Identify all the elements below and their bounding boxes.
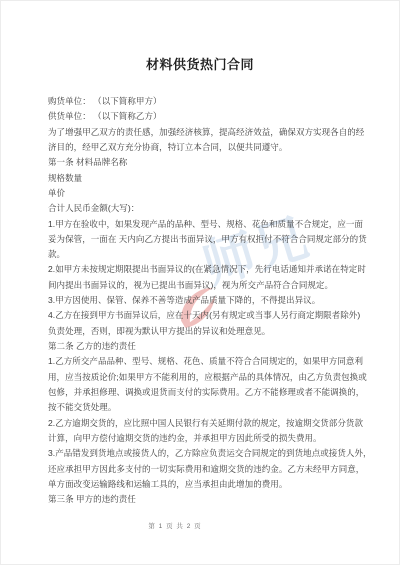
text-line: 款。 (48, 247, 370, 262)
text-line: 计算，向甲方偿付逾期交货的违约金，并承担甲方因此所受的损失费用。 (48, 431, 370, 446)
contract-page: 师兄 材料供货热门合同 购货单位： （以下简称甲方）供货单位： （以下简称乙方）… (0, 0, 400, 565)
text-line: 第三条 甲方的违约责任 (48, 492, 370, 507)
text-line: 3.产品错发到货地点或接货人的，乙方除应负责运交合同规定的到货地点或接货人外， (48, 446, 370, 461)
text-line: 购货单位： （以下简称甲方） (48, 94, 370, 109)
text-line: 济目的，经甲乙双方充分协商，特订立本合同，以便共同遵守。 (48, 140, 370, 155)
page-number-footer: 第 1 页 共 2 页 (0, 521, 350, 530)
text-line: 间内提出书面异议的，视为已提出书面异议)，视为所交产品符合合同规定。 (48, 278, 370, 293)
text-line: 单价 (48, 186, 370, 201)
text-line: 单方面改变运输路线和运输工具的，应当承担由此增加的费用。 (48, 477, 370, 492)
text-line: 2.如甲方未按规定期限提出书面异议的(在紧急情况下，先行电话通知并承诺在特定时 (48, 262, 370, 277)
text-line: 包修，并承担修理、调换或退货而支付的实际费用。乙方不能修理或者不能调换的， (48, 385, 370, 400)
text-line: 按不能交货处理。 (48, 400, 370, 415)
text-line: 供货单位： （以下简称乙方） (48, 109, 370, 124)
text-line: 4.乙方在接到甲方书面异议后，应在十天内(另有规定或当事人另行商定期限者除外) (48, 308, 370, 323)
text-line: 为了增强甲乙双方的责任感，加强经济核算，提高经济效益，确保双方实现各自的经 (48, 125, 370, 140)
text-line: 合计人民币金额(大写)： (48, 201, 370, 216)
text-line: 1.甲方在验收中，如果发现产品的品种、型号、规格、花色和质量不合规定，应一面 (48, 217, 370, 232)
text-line: 3.甲方因使用、保管、保养不善等造成产品质量下降的，不得提出异议。 (48, 293, 370, 308)
text-line: 第二条 乙方的违约责任 (48, 339, 370, 354)
contract-body: 购货单位： （以下简称甲方）供货单位： （以下简称乙方）为了增强甲乙双方的责任感… (48, 94, 370, 507)
text-line: 妥为保管，一面在 天内向乙方提出书面异议，甲方有权拒付不符合合同规定部分的货 (48, 232, 370, 247)
text-line: 还应承担甲方因此多支付的一切实际费用和逾期交货的违约金。乙方未经甲方同意， (48, 462, 370, 477)
text-line: 2.乙方逾期交货的，应比照中国人民银行有关延期付款的规定，按逾期交货部分货款 (48, 416, 370, 431)
text-line: 1.乙方所交产品品种、型号、规格、花色、质量不符合合同规定的，如果甲方同意利 (48, 354, 370, 369)
text-line: 负责处理，否则，即视为默认甲方提出的异议和处理意见。 (48, 324, 370, 339)
text-line: 规格数量 (48, 171, 370, 186)
text-line: 用，应当按质论价;如果甲方不能利用的，应根据产品的具体情况，由乙方负责包换或 (48, 370, 370, 385)
contract-title: 材料供货热门合同 (0, 54, 400, 73)
text-line: 第一条 材料品牌名称 (48, 155, 370, 170)
